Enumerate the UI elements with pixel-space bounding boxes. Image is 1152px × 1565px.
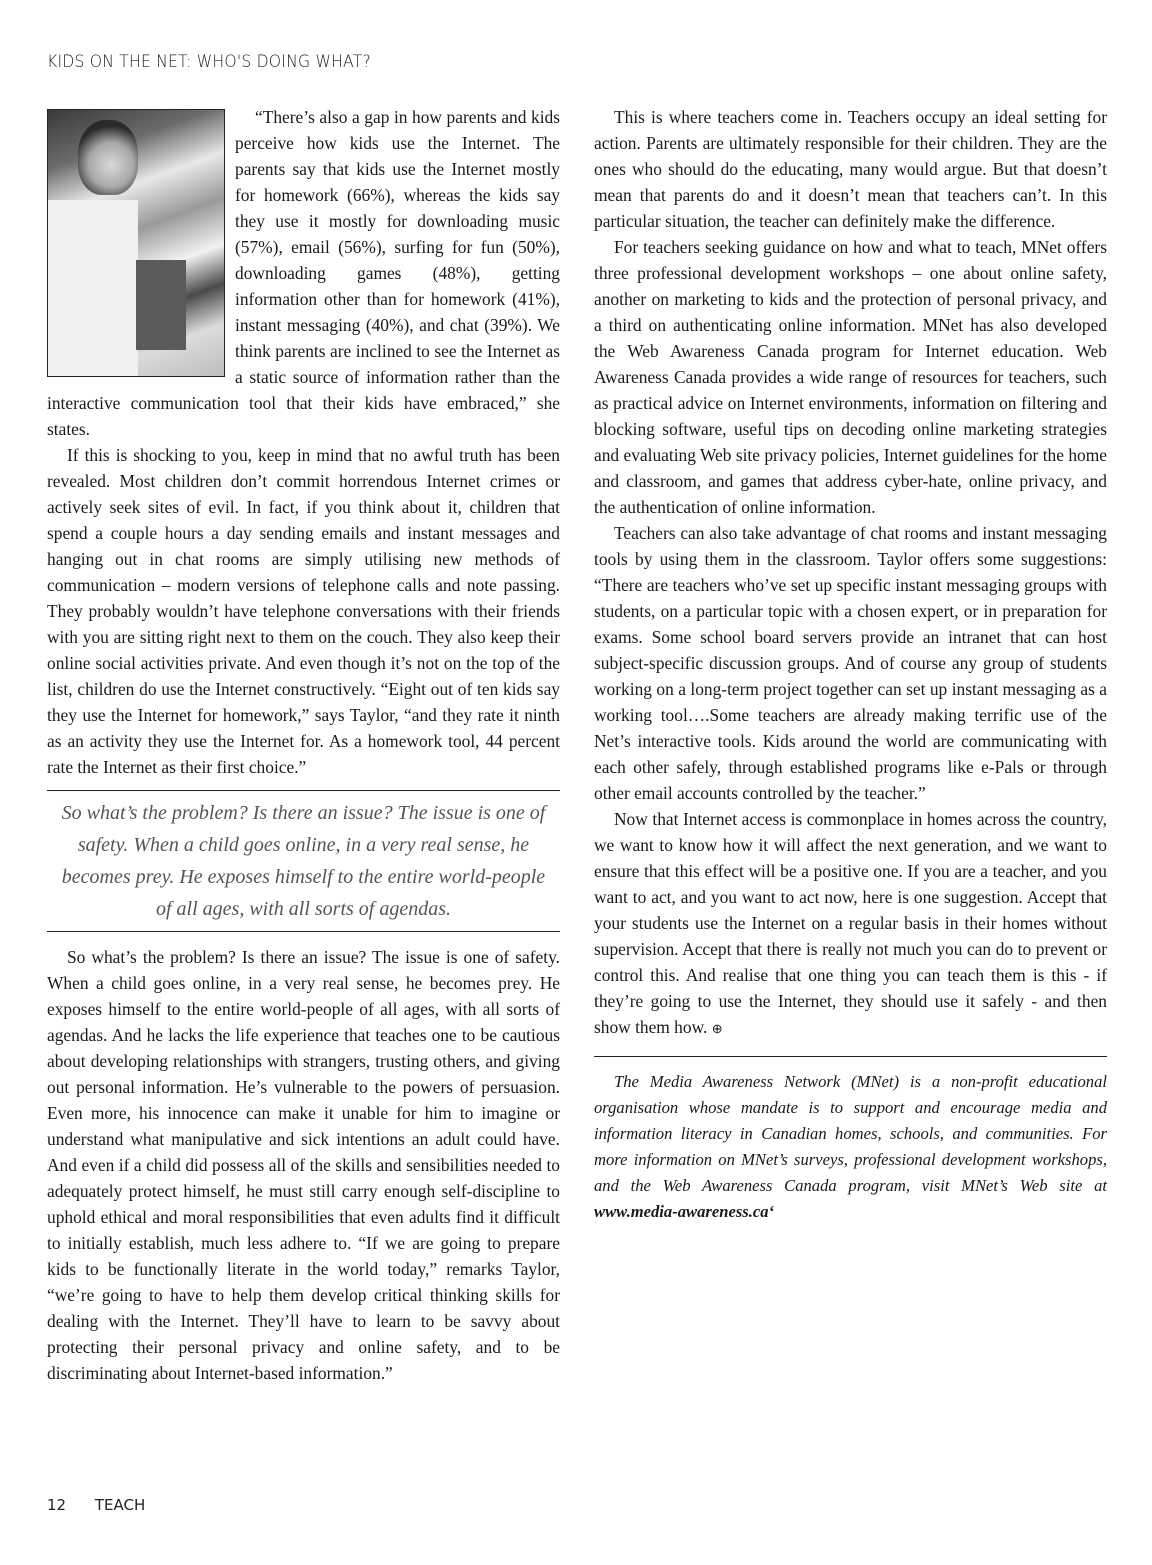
paragraph: If this is shocking to you, keep in mind…	[47, 442, 560, 780]
left-column: “There’s also a gap in how parents and k…	[47, 104, 560, 1386]
paragraph-final: Now that Internet access is commonplace …	[594, 806, 1107, 1042]
right-column: This is where teachers come in. Teachers…	[594, 104, 1107, 1225]
publication-name: TEACH	[95, 1496, 145, 1514]
article-photo	[47, 109, 225, 377]
paragraph-text: Now that Internet access is commonplace …	[594, 809, 1107, 1037]
organisation-note: The Media Awareness Network (MNet) is a …	[594, 1069, 1107, 1225]
page-footer: 12 TEACH	[47, 1496, 145, 1514]
note-text: The Media Awareness Network (MNet) is a …	[594, 1072, 1107, 1195]
website-link[interactable]: www.media-awareness.ca‘	[594, 1202, 774, 1221]
page-number: 12	[47, 1496, 66, 1514]
photo-figure-body	[48, 200, 138, 377]
paragraph: For teachers seeking guidance on how and…	[594, 234, 1107, 520]
paragraph: This is where teachers come in. Teachers…	[594, 104, 1107, 234]
divider	[594, 1056, 1107, 1057]
article-running-title: KIDS ON THE NET: WHO'S DOING WHAT?	[47, 52, 371, 72]
pull-quote: So what’s the problem? Is there an issue…	[47, 790, 560, 932]
paragraph: Teachers can also take advantage of chat…	[594, 520, 1107, 806]
end-mark-icon: ⊕	[712, 1021, 723, 1036]
photo-figure-head	[78, 120, 138, 195]
photo-monitor	[136, 260, 186, 350]
paragraph: So what’s the problem? Is there an issue…	[47, 944, 560, 1386]
